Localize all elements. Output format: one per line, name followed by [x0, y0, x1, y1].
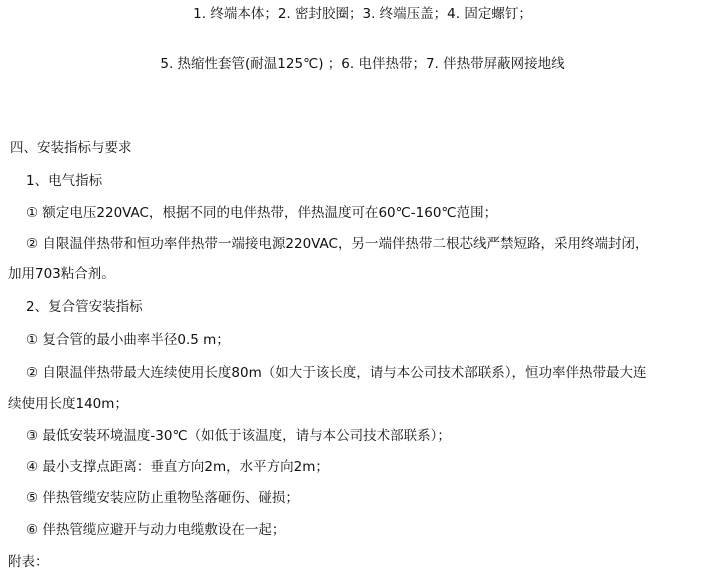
- pipe-item-1: ① 复合管的最小曲率半径0.5 m；: [26, 331, 230, 349]
- figure-caption-line-1: 1. 终端本体；2. 密封胶圈；3. 终端压盖；4. 固定螺钉；: [0, 5, 725, 23]
- pipe-item-5: ⑤ 伴热管缆安装应防止重物坠落砸伤、碰损；: [26, 489, 299, 507]
- subsection-title-electrical: 1、电气指标: [26, 172, 102, 190]
- pipe-item-2-continued: 续使用长度140m；: [8, 395, 128, 413]
- subsection-title-composite-pipe: 2、复合管安装指标: [26, 298, 143, 316]
- electrical-item-2: ② 自限温伴热带和恒功率伴热带一端接电源220VAC，另一端伴热带二根芯线严禁短…: [26, 235, 648, 253]
- appendix-label: 附表：: [8, 553, 49, 571]
- electrical-item-1: ① 额定电压220VAC，根据不同的电伴热带，伴热温度可在60℃-160℃范围；: [26, 204, 497, 222]
- pipe-item-2: ② 自限温伴热带最大连续使用长度80m（如大于该长度，请与本公司技术部联系），恒…: [26, 364, 646, 382]
- figure-caption-line-2: 5. 热缩性套管(耐温125℃) ；6. 电伴热带；7. 伴热带屏蔽网接地线: [0, 55, 725, 73]
- electrical-item-2-continued: 加用703粘合剂。: [8, 265, 115, 283]
- pipe-item-3: ③ 最低安装环境温度-30℃（如低于该温度，请与本公司技术部联系）；: [26, 427, 451, 445]
- pipe-item-6: ⑥ 伴热管缆应避开与动力电缆敷设在一起；: [26, 521, 285, 539]
- pipe-item-4: ④ 最小支撑点距离：垂直方向2m，水平方向2m；: [26, 458, 329, 476]
- section-heading: 四、安装指标与要求: [10, 139, 132, 157]
